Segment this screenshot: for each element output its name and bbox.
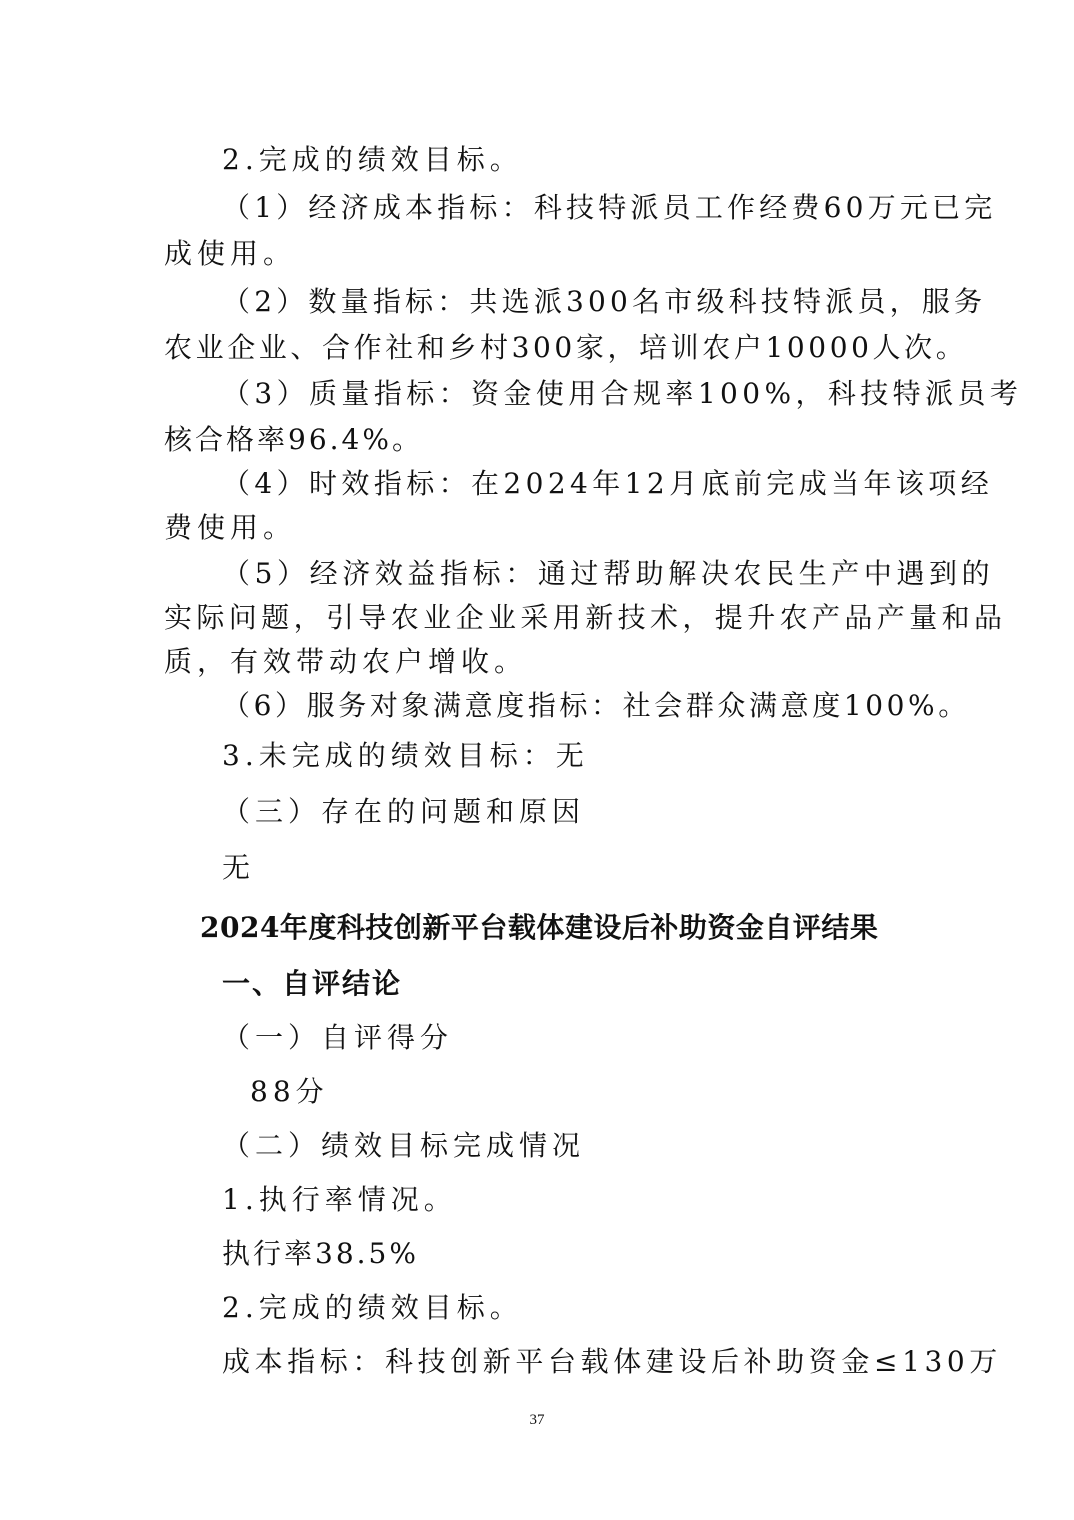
section-self-eval-conclusion: 一、自评结论 <box>222 964 402 1004</box>
indicator-quantity-cont: 农业企业、合作社和乡村300家，培训农户10000人次。 <box>164 328 967 368</box>
indicator-economic-cost-cont: 成使用。 <box>164 234 296 274</box>
page-number: 37 <box>0 1412 1074 1429</box>
item-completed-goals-2: 2.完成的绩效目标。 <box>222 1288 523 1328</box>
indicator-timeliness-cont: 费使用。 <box>164 508 296 548</box>
indicator-quality: （3）质量指标：资金使用合规率100%，科技特派员考 <box>222 374 1022 414</box>
indicator-timeliness: （4）时效指标：在2024年12月底前完成当年该项经 <box>222 464 993 504</box>
section-title: 2024年度科技创新平台载体建设后补助资金自评结果 <box>200 908 878 948</box>
item-completed-goals-heading: 2.完成的绩效目标。 <box>222 140 523 180</box>
indicator-quality-cont: 核合格率96.4%。 <box>164 420 423 460</box>
indicator-economic-benefit-cont2: 质，有效带动农户增收。 <box>164 642 527 682</box>
indicator-economic-benefit-cont1: 实际问题，引导农业企业采用新技术，提升农产品产量和品 <box>164 598 1006 638</box>
document-page: 2.完成的绩效目标。 （1）经济成本指标：科技特派员工作经费60万元已完 成使用… <box>0 0 1074 1520</box>
indicator-economic-cost: （1）经济成本指标：科技特派员工作经费60万元已完 <box>222 188 996 228</box>
indicator-satisfaction: （6）服务对象满意度指标：社会群众满意度100%。 <box>222 686 970 726</box>
subheading-goal-completion: （二）绩效目标完成情况 <box>222 1126 585 1166</box>
indicator-quantity: （2）数量指标：共选派300名市级科技特派员，服务 <box>222 282 986 322</box>
indicator-cost: 成本指标：科技创新平台载体建设后补助资金≤130万 <box>222 1342 1002 1382</box>
item-uncompleted-goals: 3.未完成的绩效目标：无 <box>222 736 589 776</box>
problems-none: 无 <box>222 848 255 888</box>
subheading-problems-causes: （三）存在的问题和原因 <box>222 792 585 832</box>
execution-rate-value: 执行率38.5% <box>222 1234 419 1274</box>
subheading-self-eval-score: （一）自评得分 <box>222 1018 453 1058</box>
self-eval-score-value: 88分 <box>250 1072 329 1112</box>
indicator-economic-benefit: （5）经济效益指标：通过帮助解决农民生产中遇到的 <box>222 554 994 594</box>
item-execution-rate: 1.执行率情况。 <box>222 1180 457 1220</box>
